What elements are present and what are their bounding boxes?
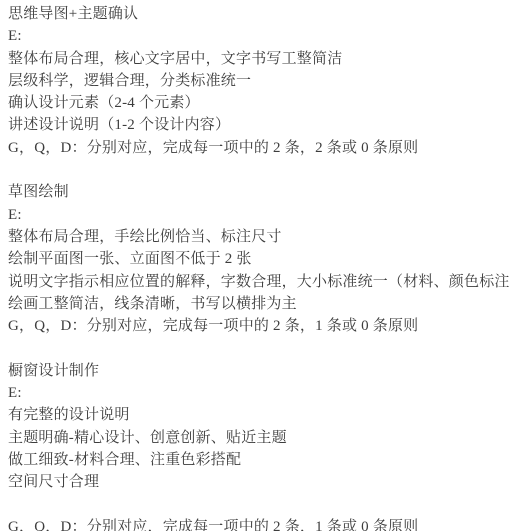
criteria-line: 绘制平面图一张、立面图不低于 2 张 [8, 248, 508, 270]
criteria-line: 有完整的设计说明 [8, 404, 508, 426]
gqd-summary-line: G，Q，D：分别对应，完成每一项中的 2 条，1 条或 0 条原则 [8, 315, 508, 337]
criteria-line: 绘画工整简洁，线条清晰，书写以横排为主 [8, 293, 508, 315]
criteria-line: 整体布局合理，核心文字居中，文字书写工整简洁 [8, 48, 508, 70]
section-sketch-drawing: 草图绘制 E: 整体布局合理，手绘比例恰当、标注尺寸 绘制平面图一张、立面图不低… [8, 181, 508, 337]
criteria-line: 说明文字指示相应位置的解释，字数合理，大小标准统一（材料、颜色标注） [8, 271, 508, 293]
gqd-summary-line: G，Q，D：分别对应，完成每一项中的 2 条，1 条或 0 条原则 [8, 516, 508, 531]
section-window-display: 橱窗设计制作 E: 有完整的设计说明 主题明确-精心设计、创意创新、贴近主题 做… [8, 360, 508, 531]
gqd-summary-line: G，Q，D：分别对应，完成每一项中的 2 条，2 条或 0 条原则 [8, 137, 508, 159]
section-title: 橱窗设计制作 [8, 360, 508, 382]
section-mindmap-theme: 思维导图+主题确认 E: 整体布局合理，核心文字居中，文字书写工整简洁 层级科学… [8, 3, 508, 159]
blank-line [8, 494, 508, 516]
criteria-line: 层级科学，逻辑合理，分类标准统一 [8, 70, 508, 92]
section-title: 思维导图+主题确认 [8, 3, 508, 25]
criteria-line: 做工细致-材料合理、注重色彩搭配 [8, 449, 508, 471]
e-label: E: [8, 382, 508, 404]
section-title: 草图绘制 [8, 181, 508, 203]
criteria-line: 主题明确-精心设计、创意创新、贴近主题 [8, 427, 508, 449]
e-label: E: [8, 204, 508, 226]
criteria-line: 整体布局合理，手绘比例恰当、标注尺寸 [8, 226, 508, 248]
criteria-line: 确认设计元素（2-4 个元素） [8, 92, 508, 114]
document-page: 思维导图+主题确认 E: 整体布局合理，核心文字居中，文字书写工整简洁 层级科学… [0, 0, 510, 531]
e-label: E: [8, 25, 508, 47]
criteria-line: 讲述设计说明（1-2 个设计内容） [8, 114, 508, 136]
criteria-line: 空间尺寸合理 [8, 471, 508, 493]
